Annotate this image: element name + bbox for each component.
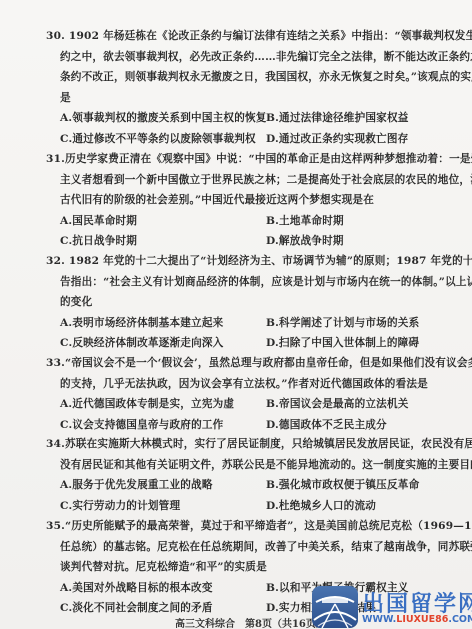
question-text-line: 谈判代替对抗。尼克松缔造“和平”的实质是 [46, 557, 454, 578]
globe-icon [312, 586, 358, 628]
option-b: B.强化城市政权便于镇压反革命 [266, 475, 466, 496]
question-33: 33.“帝国议会不是一个‘假议会’，虽然总理与政府都由皇帝任命，但是如果他们没有… [46, 353, 454, 435]
question-30: 30. 1902 年杨廷栋在《论改正条约与编订法律有连结之关系》中指出：“领事裁… [46, 26, 454, 149]
question-34: 34.苏联在实施斯大林模式时，实行了居民证制度，只给城镇居民发放居民证，农民没有… [46, 434, 454, 516]
question-text-line: 约之中，欲去领事裁判权，必先改正条约……非先编订完全之法律，断不能达改正条约之望… [46, 47, 454, 68]
option-a: A.美国对外战略目标的根本改变 [60, 578, 266, 599]
option-c: C.议会支持德国皇帝与政府的工作 [60, 415, 266, 436]
question-text-line: 古代旧有的阶级的社会差别。”中国近代最接近这两个梦想实现是在 [46, 190, 454, 211]
question-text-line: 31.历史学家费正清在《观察中国》中说：“中国的革命正是由这样两种梦想推动着：一… [46, 149, 454, 170]
watermark-logo: 出国留学网 WWW.LIUXUE86.COM [312, 586, 472, 629]
option-c: C.通过修改不平等条约以废除领事裁判权 [60, 129, 266, 150]
question-text-line: 条约不改正，则领事裁判权永无撤废之日，我国国权，亦永无恢复之时矣。”该观点的实质 [46, 67, 454, 88]
question-text-line: 主义者想看到一个新中国傲立于世界民族之林；二是提高处于社会底层的农民的地位，消除 [46, 170, 454, 191]
option-b: B.通过法律途径维护国家权益 [266, 108, 466, 129]
question-text-line: 的变化 [46, 292, 454, 313]
option-d: D.通过改正条约实现救亡图存 [266, 129, 466, 150]
page-footer: 高三文科综合 第8页（共16页） [175, 615, 326, 629]
option-c: C.实行劳动力的计划管理 [60, 496, 266, 517]
question-text-line: 34.苏联在实施斯大林模式时，实行了居民证制度，只给城镇居民发放居民证，农民没有… [46, 434, 454, 455]
question-text-line: 32. 1982 年党的十二大提出了“计划经济为主、市场调节为辅”的原则；198… [46, 251, 454, 272]
question-text-line: 30. 1902 年杨廷栋在《论改正条约与编订法律有连结之关系》中指出：“领事裁… [46, 26, 454, 47]
option-d: D.杜绝城乡人口的流动 [266, 496, 466, 517]
options: A.服务于优先发展重工业的战略 B.强化城市政权便于镇压反革命 C.实行劳动力的… [46, 475, 454, 516]
option-c: C.抗日战争时期 [60, 231, 266, 252]
option-b: B.帝国议会是最高的立法机关 [266, 394, 466, 415]
watermark-url: WWW.LIUXUE86.COM [362, 614, 472, 625]
option-a: A.国民革命时期 [60, 211, 266, 232]
option-d: D.扫除了中国入世体制上的障碍 [266, 333, 466, 354]
option-d: D.解放战争时期 [266, 231, 466, 252]
question-text-line: 35.“历史所能赋予的最高荣誉，莫过于和平缔造者”，这是美国前总统尼克松（196… [46, 516, 454, 537]
exam-page: 30. 1902 年杨廷栋在《论改正条约与编订法律有连结之关系》中指出：“领事裁… [0, 0, 472, 629]
option-c: C.反映经济体制改革逐渐走向深入 [60, 333, 266, 354]
options: A.国民革命时期 B.土地革命时期 C.抗日战争时期 D.解放战争时期 [46, 211, 454, 252]
question-text-line: 33.“帝国议会不是一个‘假议会’，虽然总理与政府都由皇帝任命，但是如果他们没有… [46, 353, 454, 374]
question-text-line: 任总统）的墓志铭。尼克松在任总统期间，改善了中美关系，结束了越南战争，同苏联强调 [46, 537, 454, 558]
option-b: B.土地革命时期 [266, 211, 466, 232]
option-a: A.表明市场经济体制基本建立起来 [60, 313, 266, 334]
question-text-line: 没有居民证和其他有关证明文件，苏联公民是不能异地流动的。这一制度实施的主要目的是 [46, 455, 454, 476]
option-a: A.近代德国政体专制是实，立宪为虚 [60, 394, 266, 415]
question-32: 32. 1982 年党的十二大提出了“计划经济为主、市场调节为辅”的原则；198… [46, 251, 454, 354]
option-a: A.领事裁判权的撤废关系到中国主权的恢复 [60, 108, 266, 129]
options: A.近代德国政体专制是实，立宪为虚 B.帝国议会是最高的立法机关 C.议会支持德… [46, 394, 454, 435]
question-text-line: 告指出：“社会主义有计划商品经济的体制，应该是计划与市场内在统一的体制。”以上认… [46, 272, 454, 293]
option-a: A.服务于优先发展重工业的战略 [60, 475, 266, 496]
question-31: 31.历史学家费正清在《观察中国》中说：“中国的革命正是由这样两种梦想推动着：一… [46, 149, 454, 252]
options: A.表明市场经济体制基本建立起来 B.科学阐述了计划与市场的关系 C.反映经济体… [46, 313, 454, 354]
options: A.领事裁判权的撤废关系到中国主权的恢复 B.通过法律途径维护国家权益 C.通过… [46, 108, 454, 149]
question-text-line: 的支持，几乎无法执政，因为议会享有立法权。”作者对近代德国政体的看法是 [46, 374, 454, 395]
question-text-line: 是 [46, 88, 454, 109]
option-d: D.德国政体不乏民主成分 [266, 415, 466, 436]
option-b: B.科学阐述了计划与市场的关系 [266, 313, 466, 334]
